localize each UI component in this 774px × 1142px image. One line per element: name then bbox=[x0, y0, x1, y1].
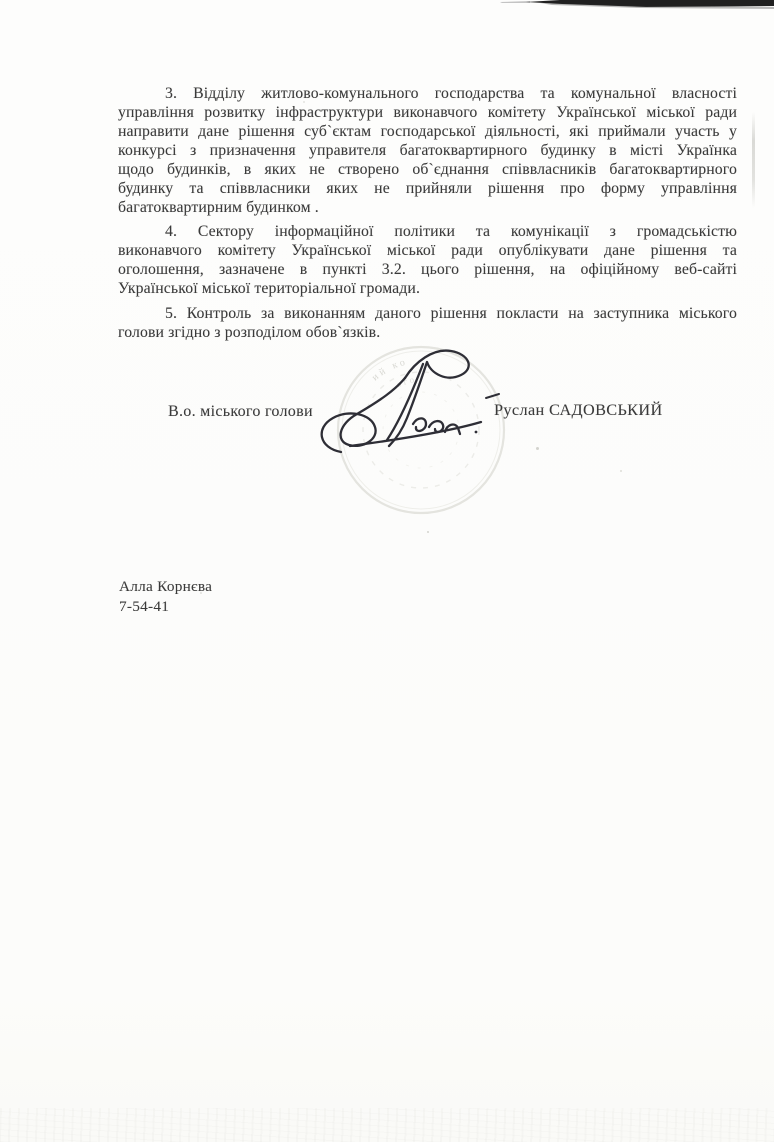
text-line: багатоквартирним будинком . bbox=[118, 198, 737, 217]
text-line: конкурсі з призначення управителя багато… bbox=[118, 141, 737, 160]
text-line: будинку та співвласники яких не прийняли… bbox=[118, 179, 737, 198]
text-line: Української міської територіальної грома… bbox=[118, 279, 737, 298]
text-line: голови згідно з розподілом обов`язків. bbox=[118, 323, 737, 342]
signer-name: Руслан САДОВСЬКИЙ bbox=[494, 401, 663, 420]
contact-phone: 7-54-41 bbox=[119, 597, 212, 617]
text-line: 4. Сектору інформаційної політики та ком… bbox=[118, 222, 737, 241]
scan-speck bbox=[303, 101, 305, 103]
scanned-document-page: 3. Відділу житлово-комунального господар… bbox=[0, 0, 774, 1142]
signer-role-label: В.о. міського голови bbox=[168, 403, 313, 421]
text-line: оголошення, зазначене в пункті 3.2. цьог… bbox=[118, 260, 737, 279]
text-line: 3. Відділу житлово-комунального господар… bbox=[118, 84, 737, 103]
contact-block: Алла Корнєва 7-54-41 bbox=[119, 577, 212, 617]
text-line: щодо будинків, в яких не створено об`єдн… bbox=[118, 160, 737, 179]
scan-speck bbox=[536, 447, 539, 450]
paragraph-3: 3. Відділу житлово-комунального господар… bbox=[118, 84, 737, 217]
text-line: управління розвитку інфраструктури викон… bbox=[118, 103, 737, 122]
scan-speck bbox=[200, 592, 202, 594]
text-line: 5. Контроль за виконанням даного рішення… bbox=[118, 304, 737, 323]
signature-scrawl bbox=[295, 342, 510, 457]
text-line: направити дане рішення суб`єктам господа… bbox=[118, 122, 737, 141]
scan-speck bbox=[427, 531, 429, 533]
text-line: виконавчого комітету Української міської… bbox=[118, 241, 737, 260]
paragraph-4: 4. Сектору інформаційної політики та ком… bbox=[118, 222, 737, 298]
paper-grain bbox=[0, 1108, 774, 1142]
paragraph-5: 5. Контроль за виконанням даного рішення… bbox=[118, 304, 737, 342]
scan-speck bbox=[620, 470, 622, 472]
scan-edge-artifact bbox=[0, 0, 774, 12]
scan-streak-artifact bbox=[752, 112, 755, 208]
contact-name: Алла Корнєва bbox=[119, 577, 212, 597]
